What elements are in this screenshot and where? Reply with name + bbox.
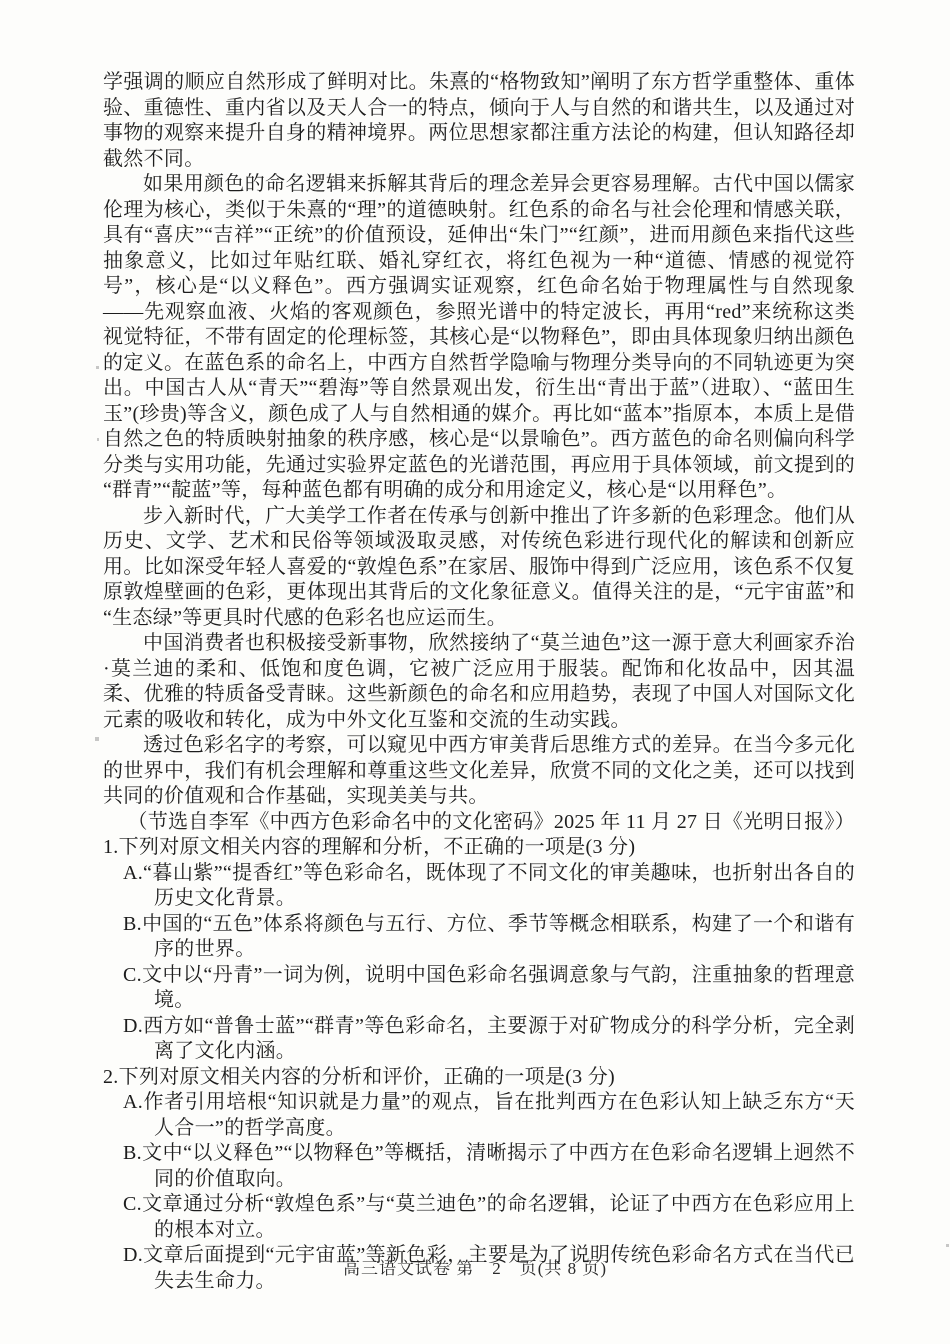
passage-paragraph-1: 学强调的顺应自然形成了鲜明对比。朱熹的“格物致知”阐明了东方哲学重整体、重体验、… [103, 70, 855, 172]
scan-speck [96, 366, 99, 369]
question-2-option-b: B.文中“以义释色”“以物释色”等概括，清晰揭示了中西方在色彩命名逻辑上迥然不同… [103, 1141, 855, 1192]
passage-attribution: （节选自李军《中西方色彩命名中的文化密码》2025 年 11 月 27 日《光明… [103, 810, 855, 836]
question-1: 1.下列对原文相关内容的理解和分析，不正确的一项是(3 分) A.“暮山紫”“提… [103, 835, 855, 1065]
passage-paragraph-5: 透过色彩名字的考察，可以窥见中西方审美背后思维方式的差异。在当今多元化的世界中，… [103, 733, 855, 810]
question-1-option-d: D.西方如“普鲁士蓝”“群青”等色彩命名，主要源于对矿物成分的科学分析，完全剥离… [103, 1014, 855, 1065]
passage-paragraph-4: 中国消费者也积极接受新事物，欣然接纳了“莫兰迪色”这一源于意大利画家乔治·莫兰迪… [103, 631, 855, 733]
exam-page: 学强调的顺应自然形成了鲜明对比。朱熹的“格物致知”阐明了东方哲学重整体、重体验、… [0, 0, 950, 1344]
scan-speck [946, 1244, 949, 1247]
scan-speck [97, 438, 99, 441]
passage-paragraph-3: 步入新时代，广大美学工作者在传承与创新中推出了许多新的色彩理念。他们从历史、文学… [103, 504, 855, 632]
question-1-stem: 1.下列对原文相关内容的理解和分析，不正确的一项是(3 分) [103, 835, 855, 861]
passage-paragraph-2: 如果用颜色的命名逻辑来拆解其背后的理念差异会更容易理解。古代中国以儒家伦理为核心… [103, 172, 855, 504]
question-2-option-c: C.文章通过分析“敦煌色系”与“莫兰迪色”的命名逻辑，论证了中西方在色彩应用上的… [103, 1192, 855, 1243]
question-1-option-a: A.“暮山紫”“提香红”等色彩命名，既体现了不同文化的审美趣味，也折射出各自的历… [103, 861, 855, 912]
exam-page-content: 学强调的顺应自然形成了鲜明对比。朱熹的“格物致知”阐明了东方哲学重整体、重体验、… [103, 70, 855, 1294]
reading-passage: 学强调的顺应自然形成了鲜明对比。朱熹的“格物致知”阐明了东方哲学重整体、重体验、… [103, 70, 855, 835]
question-2-stem: 2.下列对原文相关内容的分析和评价，正确的一项是(3 分) [103, 1065, 855, 1091]
scan-speck [95, 737, 99, 741]
question-1-option-c: C.文中以“丹青”一词为例，说明中国色彩命名强调意象与气韵，注重抽象的哲理意境。 [103, 963, 855, 1014]
question-2-option-a: A.作者引用培根“知识就是力量”的观点，旨在批判西方在色彩认知上缺乏东方“天人合… [103, 1090, 855, 1141]
question-1-option-b: B.中国的“五色”体系将颜色与五行、方位、季节等概念相联系，构建了一个和谐有序的… [103, 912, 855, 963]
page-footer: 高三语文试卷 第 2 页(共 8 页) [0, 1254, 950, 1279]
